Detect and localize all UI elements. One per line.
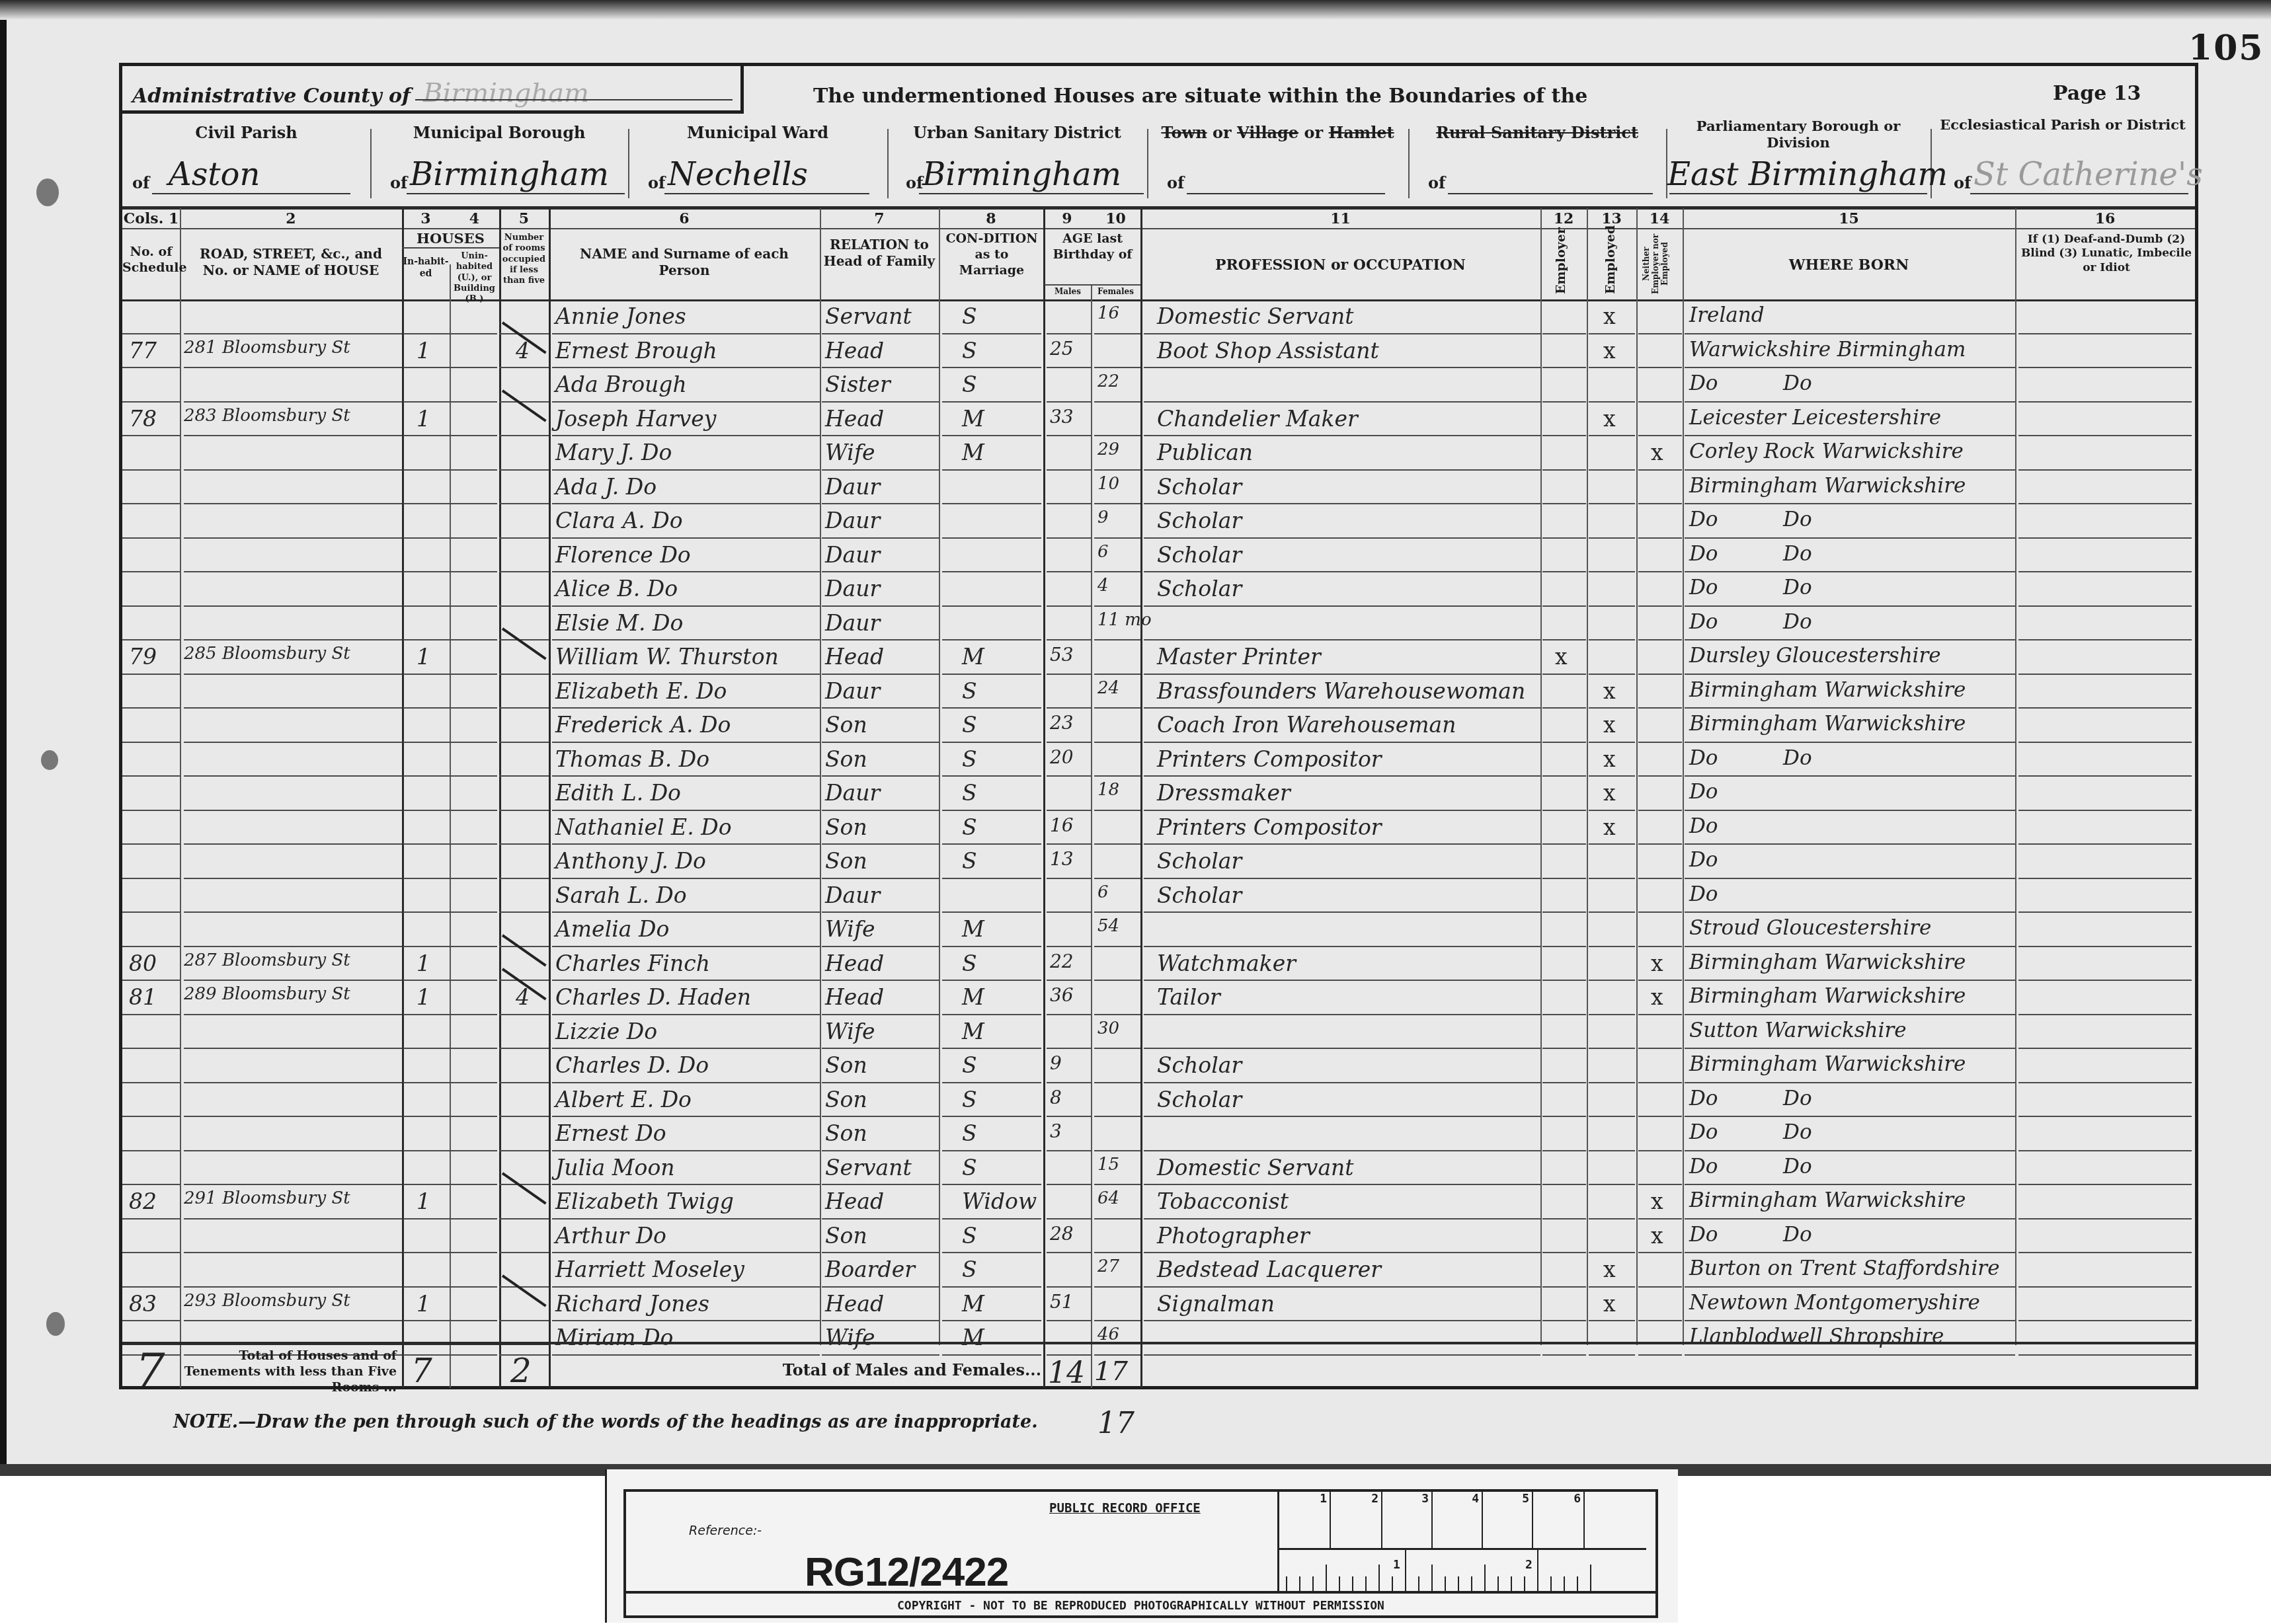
header-females: Females (1091, 287, 1140, 297)
row-rule (1589, 1252, 1635, 1253)
row-rule (122, 605, 180, 607)
row-rule (184, 775, 402, 777)
age-female-cell: 6 (1097, 542, 1109, 562)
of-label: of (132, 173, 149, 192)
row-rule (1047, 1116, 1092, 1117)
underline (152, 193, 350, 194)
age-male-cell: 28 (1050, 1223, 1074, 1245)
row-rule (822, 810, 939, 811)
row-rule (1589, 707, 1635, 709)
row-rule (552, 946, 820, 947)
row-rule (403, 707, 451, 709)
row-rule (450, 810, 497, 811)
condition-cell: S (962, 1223, 977, 1249)
occupation-cell: Scholar (1157, 848, 1242, 874)
relation-cell: Son (825, 848, 867, 874)
row-rule (822, 1048, 939, 1049)
row-rule (184, 707, 402, 709)
row-rule (1542, 1218, 1586, 1219)
occupation-cell: Master Printer (1157, 644, 1321, 670)
table-row: Charles D. DoSonS9ScholarBirmingham Warw… (122, 1050, 2195, 1083)
inhabited-cell: 1 (417, 950, 430, 976)
name-cell: Frederick A. Do (555, 712, 731, 738)
row-rule (1638, 469, 1682, 471)
name-cell: Charles D. Haden (555, 984, 751, 1010)
occupation-cell: Scholar (1157, 1052, 1242, 1078)
row-rule (499, 980, 549, 981)
row-rule (499, 911, 549, 913)
row-rule (122, 674, 180, 675)
occupation-cell: Dressmaker (1157, 780, 1291, 806)
row-rule (499, 469, 549, 471)
binding-hole-icon (36, 178, 59, 206)
row-rule (122, 1286, 180, 1288)
row-rule (1542, 1184, 1586, 1185)
row-rule (1589, 980, 1635, 981)
row-rule (1047, 639, 1092, 640)
name-cell: Charles Finch (555, 950, 710, 976)
table-row: Arthur DoSonS28PhotographerxDo Do (122, 1220, 2195, 1253)
row-rule (403, 1218, 451, 1219)
row-rule (942, 878, 1041, 879)
row-rule (1589, 503, 1635, 504)
row-rule (552, 1116, 820, 1117)
underline (1448, 193, 1653, 194)
neither-mark: x (1651, 440, 1663, 465)
row-rule (2018, 367, 2192, 368)
of-label: of (648, 173, 665, 192)
row-rule (1542, 1014, 1586, 1015)
header-condition: CON-DITION as to Marriage (942, 231, 1041, 278)
employed-mark: x (1603, 678, 1616, 704)
row-rule (122, 367, 180, 368)
row-rule (184, 1048, 402, 1049)
municipal-ward-label: Municipal Ward (628, 123, 887, 142)
row-rule (1589, 1320, 1635, 1321)
header-relation: RELATION to Head of Family (820, 237, 939, 270)
row-rule (822, 1354, 939, 1356)
colnum-16: 16 (2015, 210, 2195, 227)
scale-ruler: 1 2 3 4 5 6 1 2 (1277, 1492, 1646, 1591)
row-rule (1685, 435, 2015, 436)
where-born-cell: Do Do (1689, 610, 1812, 634)
reference-slip: PUBLIC RECORD OFFICE Reference:- RG12/24… (605, 1469, 1678, 1623)
row-rule (1047, 503, 1092, 504)
row-rule (2018, 605, 2192, 607)
row-rule (2018, 1218, 2192, 1219)
row-rule (1047, 1014, 1092, 1015)
row-rule (122, 1320, 180, 1321)
colnum-6: 6 (549, 210, 820, 227)
occupation-cell: Printers Compositor (1157, 746, 1382, 772)
row-rule (2018, 1014, 2192, 1015)
row-rule (499, 639, 549, 640)
row-rule (2018, 980, 2192, 981)
row-rule (1094, 333, 1140, 334)
header-houses: HOUSES (402, 230, 499, 249)
row-rule (2018, 946, 2192, 947)
row-rule (1094, 639, 1140, 640)
table-row: 82291 Bloomsbury St1Elizabeth TwiggHeadW… (122, 1186, 2195, 1219)
row-rule (1589, 1150, 1635, 1151)
row-rule (2018, 674, 2192, 675)
where-born-cell: Birmingham Warwickshire (1689, 1052, 1966, 1076)
where-born-cell: Do (1689, 848, 1718, 872)
of-label: of (1954, 173, 1971, 192)
condition-cell: S (962, 303, 977, 329)
where-born-cell: Llanblodwell Shropshire (1689, 1325, 1944, 1348)
row-rule (942, 639, 1041, 640)
table-row: Annie JonesServantS16Domestic ServantxIr… (122, 301, 2195, 334)
row-rule (822, 1286, 939, 1288)
row-rule (552, 401, 820, 403)
condition-cell: S (962, 1120, 977, 1146)
condition-cell: M (962, 440, 984, 465)
county-label: Administrative County of (132, 85, 411, 108)
row-rule (822, 1218, 939, 1219)
binding-hole-icon (41, 750, 58, 770)
row-rule (450, 639, 497, 640)
table-row: Elsie M. DoDaur11 moDo Do (122, 607, 2195, 640)
row-rule (1094, 980, 1140, 981)
row-rule (499, 333, 549, 334)
underline (1187, 193, 1385, 194)
employer-mark: x (1555, 644, 1568, 670)
row-rule (403, 946, 451, 947)
row-rule (2018, 639, 2192, 640)
row-rule (450, 1116, 497, 1117)
row-rule (942, 775, 1041, 777)
reference-slip-box: PUBLIC RECORD OFFICE Reference:- RG12/24… (623, 1489, 1658, 1618)
row-rule (822, 537, 939, 539)
age-male-cell: 25 (1050, 338, 1074, 360)
row-rule (942, 911, 1041, 913)
row-rule (2018, 333, 2192, 334)
row-rule (1094, 367, 1140, 368)
row-rule (1047, 1218, 1092, 1219)
row-rule (942, 1320, 1041, 1321)
row-rule (942, 1116, 1041, 1117)
rural-label: Rural (1436, 123, 1486, 142)
colnum-1: Cols. 1 (122, 210, 180, 227)
row-rule (1047, 1320, 1092, 1321)
parliamentary-borough-label: Parliamentary Borough or Division (1673, 118, 1924, 151)
row-rule (499, 742, 549, 743)
ruler-cm-5: 5 (1483, 1492, 1533, 1548)
row-rule (1094, 674, 1140, 675)
row-rule (942, 1082, 1041, 1083)
row-rule (1094, 1354, 1140, 1356)
row-rule (403, 810, 451, 811)
row-rule (403, 1184, 451, 1185)
where-born-cell: Sutton Warwickshire (1689, 1019, 1907, 1042)
name-cell: Clara A. Do (555, 508, 683, 533)
row-rule (1638, 333, 1682, 334)
occupation-cell: Bedstead Lacquerer (1157, 1257, 1381, 1282)
row-rule (184, 810, 402, 811)
row-rule (403, 639, 451, 640)
age-female-cell: 4 (1097, 576, 1109, 596)
row-rule (942, 333, 1041, 334)
row-rule (184, 946, 402, 947)
header-employer: Employer (1554, 235, 1568, 294)
row-rule (1047, 605, 1092, 607)
row-rule (1144, 469, 1540, 471)
schedule-cell: 78 (129, 406, 157, 432)
header-age: AGE last Birthday of (1045, 231, 1140, 263)
where-born-cell: Birmingham Warwickshire (1689, 678, 1966, 702)
row-rule (942, 1184, 1041, 1185)
occupation-cell: Tailor (1157, 984, 1220, 1010)
row-rule (1685, 333, 2015, 334)
form-note: NOTE.—Draw the pen through such of the w… (173, 1412, 1038, 1432)
row-rule (1542, 1150, 1586, 1151)
age-female-cell: 16 (1097, 303, 1119, 323)
age-male-cell: 23 (1050, 712, 1074, 734)
row-rule (2018, 401, 2192, 403)
age-female-cell: 22 (1097, 371, 1119, 391)
name-cell: Elizabeth E. Do (555, 678, 727, 704)
where-born-cell: Do Do (1689, 1223, 1812, 1247)
ruler-tick (1431, 1565, 1433, 1591)
row-rule (1685, 537, 2015, 539)
row-rule (184, 1252, 402, 1253)
municipal-borough-label: Municipal Borough (370, 123, 628, 142)
row-rule (1638, 1184, 1682, 1185)
row-rule (122, 1218, 180, 1219)
header-schedule: No. of Schedule (122, 245, 180, 276)
row-rule (1589, 1184, 1635, 1185)
table-row: Julia MoonServantS15Domestic ServantDo D… (122, 1152, 2195, 1185)
row-rule (1047, 469, 1092, 471)
age-male-cell: 3 (1050, 1120, 1062, 1142)
where-born-cell: Birmingham Warwickshire (1689, 984, 1966, 1008)
municipal-ward-value: Nechells (668, 156, 808, 193)
table-row: Albert E. DoSonS8ScholarDo Do (122, 1084, 2195, 1117)
age-male-cell: 33 (1050, 406, 1074, 428)
row-rule (1094, 878, 1140, 879)
table-row: Frederick A. DoSonS23Coach Iron Warehous… (122, 709, 2195, 742)
row-rule (1589, 605, 1635, 607)
ruler-cm: 1 2 3 4 5 6 (1279, 1492, 1646, 1550)
row-rule (1542, 1354, 1586, 1356)
employed-mark: x (1603, 1291, 1616, 1317)
row-rule (2018, 469, 2192, 471)
name-cell: Annie Jones (555, 303, 686, 329)
row-rule (499, 537, 549, 539)
parliamentary-borough-value: East Birmingham (1667, 156, 1948, 193)
row-rule (403, 571, 451, 572)
row-rule (1144, 1014, 1540, 1015)
row-rule (450, 742, 497, 743)
header-rooms: Number of rooms occupied if less than fi… (499, 233, 549, 286)
row-rule (1144, 742, 1540, 743)
condition-cell: M (962, 1291, 984, 1317)
row-rule (1144, 605, 1540, 607)
relation-cell: Head (825, 1188, 884, 1214)
row-rule (1542, 435, 1586, 436)
row-rule (184, 980, 402, 981)
occupation-cell: Scholar (1157, 474, 1242, 500)
row-rule (1094, 1048, 1140, 1049)
county-value: Birmingham (423, 78, 589, 108)
table-row: 79285 Bloomsbury St1William W. ThurstonH… (122, 641, 2195, 674)
row-rule (2018, 1320, 2192, 1321)
underline (1669, 193, 1927, 194)
row-rule (403, 775, 451, 777)
row-rule (1542, 1048, 1586, 1049)
row-rule (450, 946, 497, 947)
row-rule (499, 1252, 549, 1253)
age-female-cell: 30 (1097, 1019, 1119, 1038)
row-rule (1638, 843, 1682, 845)
of-label: of (1167, 173, 1184, 192)
row-rule (1542, 878, 1586, 879)
row-rule (1685, 1184, 2015, 1185)
row-rule (1094, 1286, 1140, 1288)
row-rule (942, 469, 1041, 471)
row-rule (122, 843, 180, 845)
row-rule (552, 810, 820, 811)
row-rule (450, 878, 497, 879)
reference-label: Reference:- (689, 1524, 762, 1538)
row-rule (122, 980, 180, 981)
condition-cell: M (962, 406, 984, 432)
row-rule (403, 333, 451, 334)
row-rule (1638, 742, 1682, 743)
row-rule (1542, 367, 1586, 368)
header-occupation: PROFESSION or OCCUPATION (1140, 256, 1540, 275)
row-rule (1685, 401, 2015, 403)
row-rule (122, 333, 180, 334)
name-cell: Ada J. Do (555, 474, 657, 500)
row-rule (1094, 571, 1140, 572)
row-rule (2018, 1116, 2192, 1117)
age-female-cell: 9 (1097, 508, 1109, 527)
row-rule (552, 775, 820, 777)
row-rule (184, 1320, 402, 1321)
row-rule (1685, 1014, 2015, 1015)
row-rule (1638, 435, 1682, 436)
row-rule (1589, 1286, 1635, 1288)
age-female-cell: 11 mo (1097, 610, 1152, 630)
reference-number: RG12/2422 (805, 1549, 1008, 1596)
row-rule (184, 571, 402, 572)
relation-cell: Son (825, 1120, 867, 1146)
age-male-cell: 13 (1050, 848, 1074, 870)
row-rule (122, 911, 180, 913)
row-rule (1144, 333, 1540, 334)
age-female-cell: 6 (1097, 882, 1109, 902)
where-born-cell: Leicester Leicestershire (1689, 406, 1941, 430)
row-rule (1047, 537, 1092, 539)
row-rule (499, 775, 549, 777)
age-male-cell: 16 (1050, 814, 1074, 836)
row-rule (822, 742, 939, 743)
row-rule (1144, 775, 1540, 777)
row-rule (2018, 775, 2192, 777)
row-rule (1047, 810, 1092, 811)
header-neither: Neither Employer nor Employed (1642, 233, 1678, 295)
row-rule (1685, 810, 2015, 811)
row-rule (1047, 707, 1092, 709)
row-rule (2018, 1252, 2192, 1253)
schedule-cell: 80 (129, 950, 157, 976)
employed-mark: x (1603, 780, 1616, 806)
age-male-cell: 53 (1050, 644, 1074, 666)
row-rule (822, 435, 939, 436)
name-cell: Harriett Moseley (555, 1257, 744, 1282)
relation-cell: Son (825, 1087, 867, 1112)
condition-cell: S (962, 746, 977, 772)
schedule-cell: 79 (129, 644, 157, 670)
row-rule (2018, 878, 2192, 879)
relation-cell: Head (825, 950, 884, 976)
row-rule (184, 1014, 402, 1015)
row-rule (184, 401, 402, 403)
row-rule (1638, 367, 1682, 368)
row-rule (184, 367, 402, 368)
row-rule (1094, 707, 1140, 709)
row-rule (403, 469, 451, 471)
colnum-2: 2 (180, 210, 402, 227)
row-rule (2018, 911, 2192, 913)
row-rule (822, 401, 939, 403)
age-male-cell: 22 (1050, 950, 1074, 972)
row-rule (1685, 367, 2015, 368)
row-rule (1589, 537, 1635, 539)
header-uninhabited: Unin-habited (U.), or Building (B.) (450, 251, 499, 305)
row-rule (1638, 1082, 1682, 1083)
row-rule (1589, 878, 1635, 879)
row-rule (942, 367, 1041, 368)
row-rule (1685, 503, 2015, 504)
row-rule (122, 537, 180, 539)
town-village-hamlet-label: Town or Village or Hamlet (1147, 123, 1408, 142)
row-rule (552, 707, 820, 709)
where-born-cell: Do Do (1689, 1155, 1812, 1179)
relation-cell: Daur (825, 576, 880, 601)
row-rule (1542, 843, 1586, 845)
row-rule (1542, 1252, 1586, 1253)
row-rule (822, 605, 939, 607)
row-rule (1638, 537, 1682, 539)
row-rule (552, 571, 820, 572)
total-persons-label: Total of Males and Females... (714, 1360, 1041, 1380)
ruler-cm-6: 6 (1533, 1492, 1585, 1548)
relation-cell: Boarder (825, 1257, 915, 1282)
where-born-cell: Warwickshire Birmingham (1689, 338, 1966, 362)
where-born-cell: Birmingham Warwickshire (1689, 474, 1966, 498)
urban-sanitary-district-value: Birmingham (922, 156, 1121, 193)
row-rule (184, 1218, 402, 1219)
relation-cell: Son (825, 746, 867, 772)
age-male-cell: 51 (1050, 1291, 1074, 1313)
row-rule (1144, 1286, 1540, 1288)
row-rule (942, 742, 1041, 743)
colnum-rule (122, 228, 2195, 229)
inhabited-cell: 1 (417, 984, 430, 1010)
row-rule (1094, 1014, 1140, 1015)
row-rule (552, 1082, 820, 1083)
row-rule (2018, 1354, 2192, 1356)
row-rule (450, 605, 497, 607)
where-born-cell: Corley Rock Warwickshire (1689, 440, 1964, 463)
town-label: Town (1161, 123, 1207, 142)
row-rule (1685, 742, 2015, 743)
row-rule (942, 1286, 1041, 1288)
ruler-tick (1564, 1576, 1565, 1591)
